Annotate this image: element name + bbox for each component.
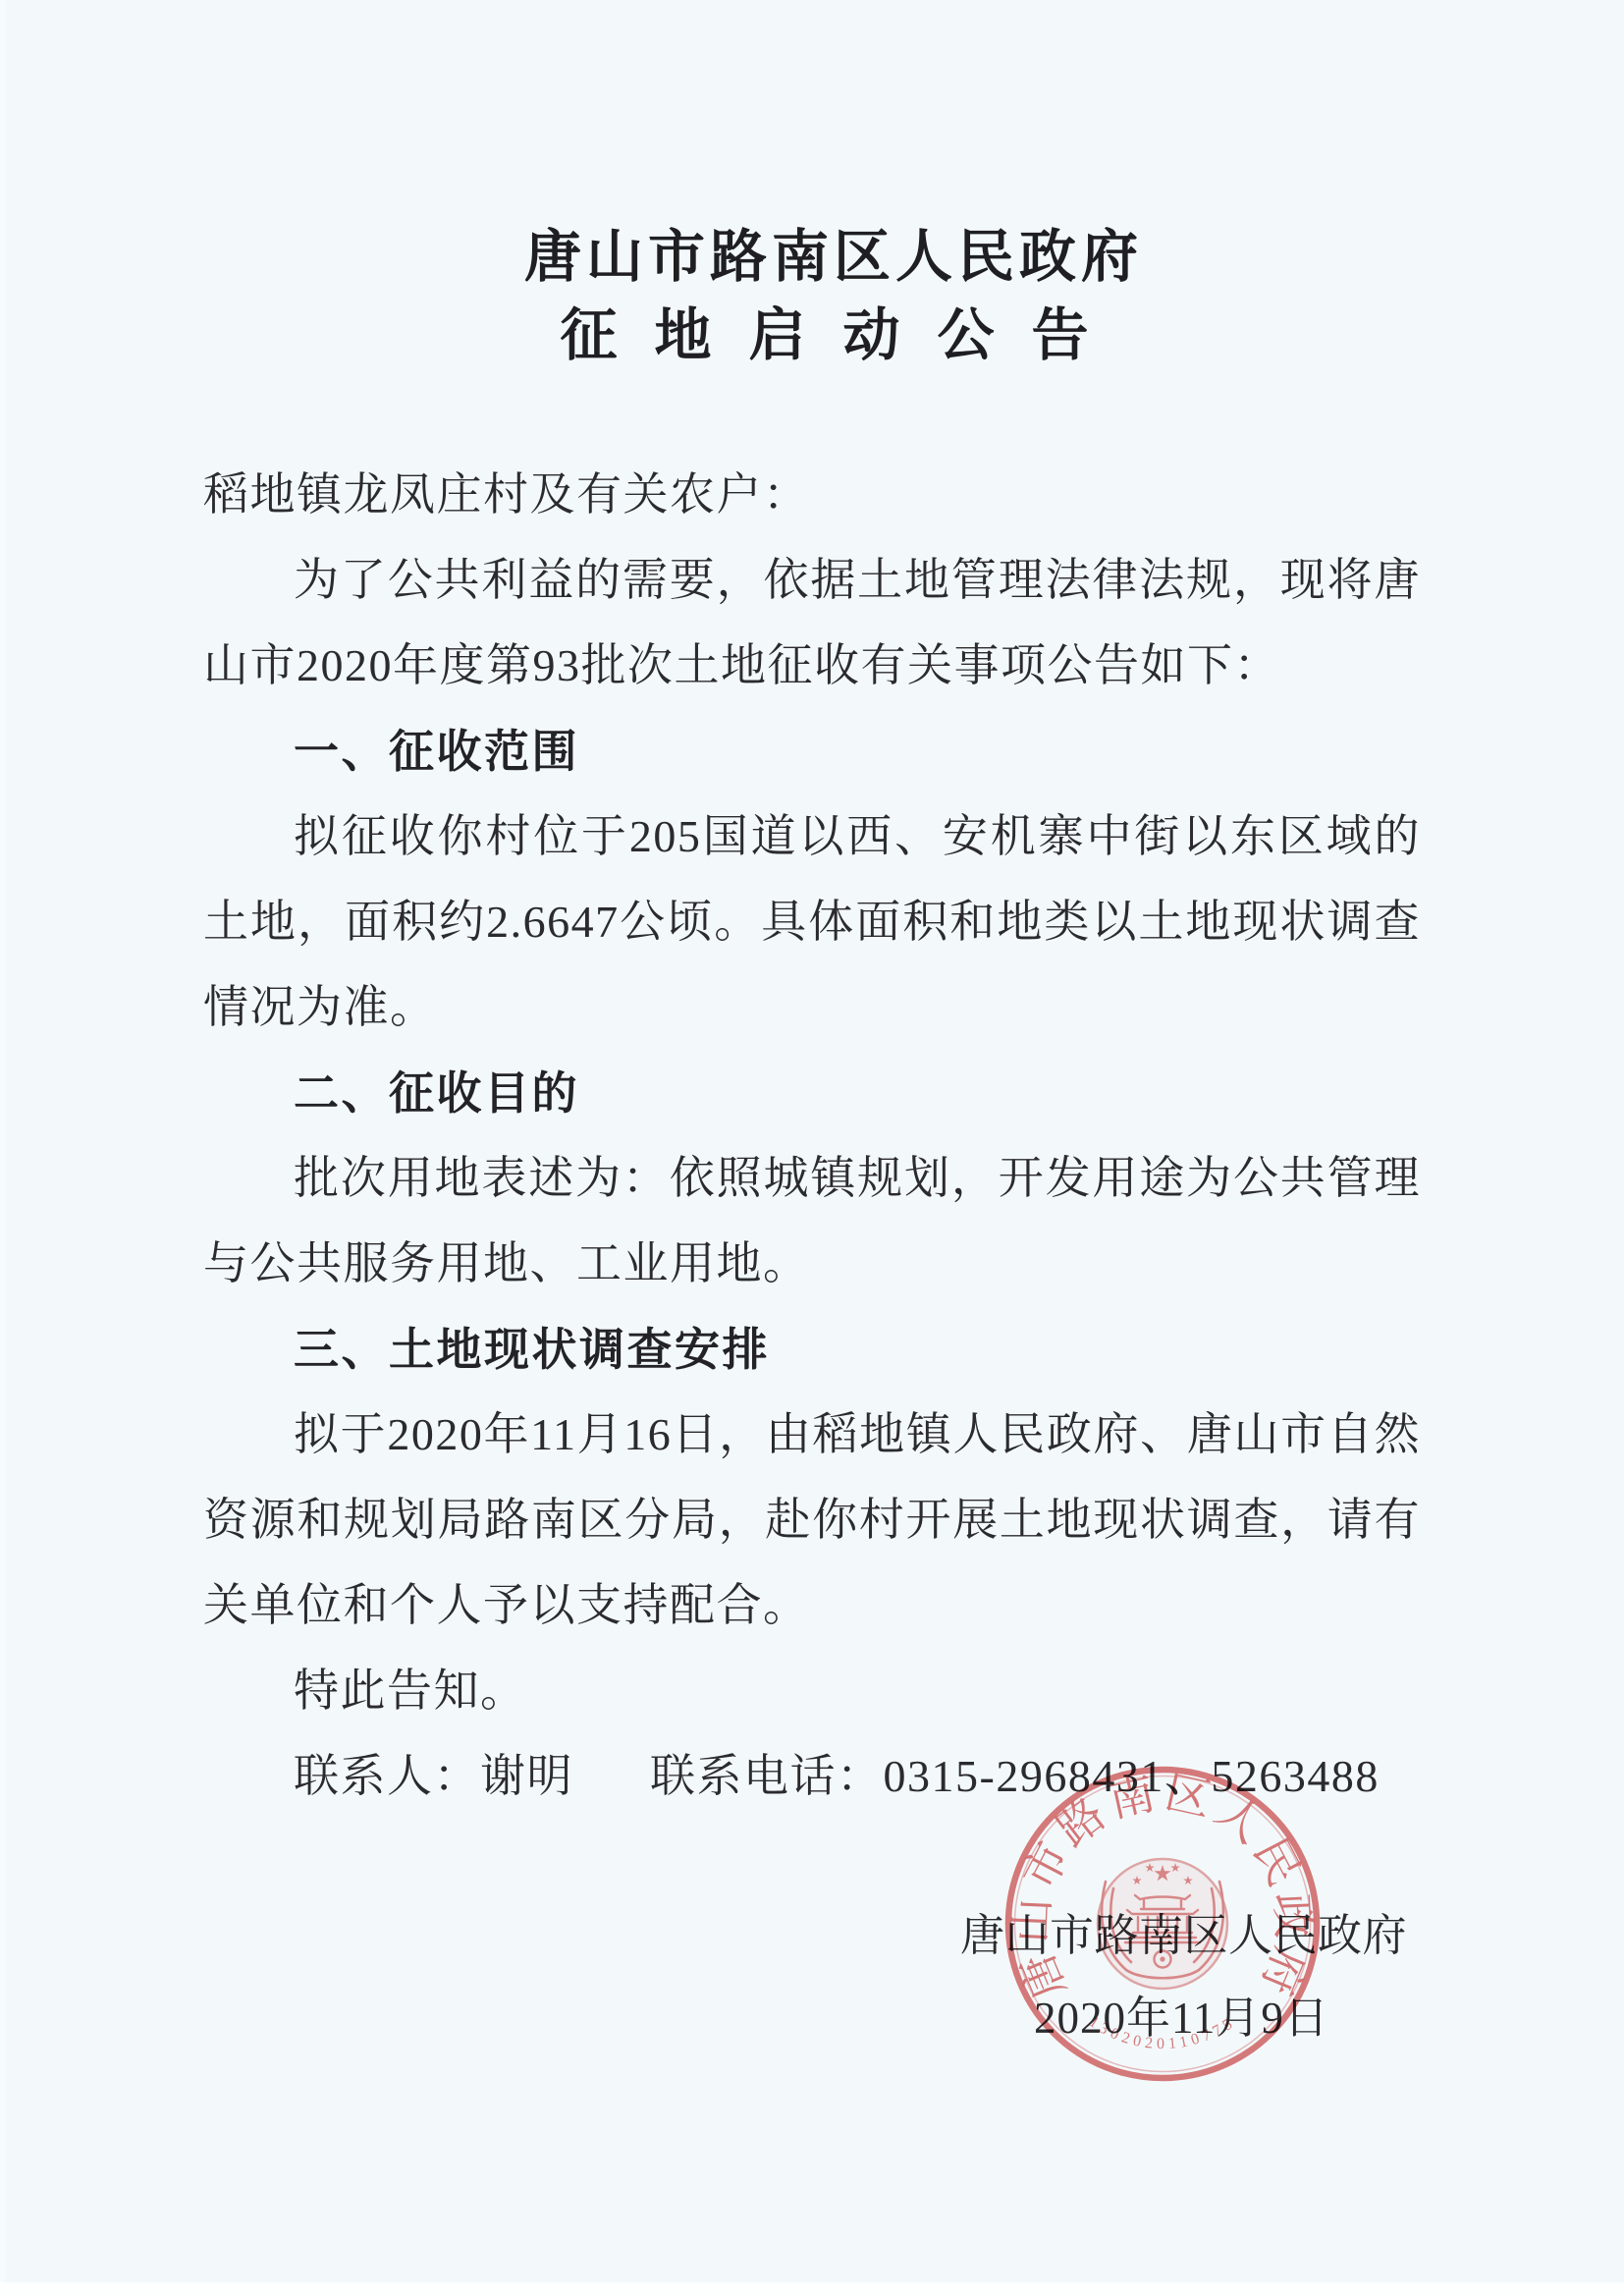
intro-line-2: 山市2020年度第93批次土地征收有关事项公告如下： bbox=[203, 637, 1421, 694]
section-2-line-1: 批次用地表述为：依照城镇规划，开发用途为公共管理 bbox=[203, 1150, 1421, 1207]
contact-person-name: 谢明 bbox=[480, 1751, 573, 1801]
national-emblem-icon bbox=[1098, 1859, 1227, 1989]
section-1-line-3: 情况为准。 bbox=[203, 979, 1421, 1036]
scan-edge-bottom bbox=[0, 2282, 1624, 2296]
section-3-line-2: 资源和规划局路南区分局，赴你村开展土地现状调查，请有 bbox=[203, 1492, 1421, 1549]
section-1-line-2: 土地，面积约2.6647公顷。具体面积和地类以土地现状调查 bbox=[203, 894, 1421, 951]
section-3-heading: 三、土地现状调查安排 bbox=[203, 1321, 1421, 1378]
scan-edge-left bbox=[0, 0, 6, 2296]
announcement-document: 唐山市路南区人民政府 征地启动公告 稻地镇龙凤庄村及有关农户： 为了公共利益的需… bbox=[0, 0, 1624, 2296]
section-2-heading: 二、征收目的 bbox=[203, 1065, 1421, 1121]
salutation: 稻地镇龙凤庄村及有关农户： bbox=[203, 466, 1421, 523]
intro-line-1: 为了公共利益的需要，依据土地管理法律法规，现将唐 bbox=[203, 552, 1421, 609]
section-3-line-1: 拟于2020年11月16日，由稻地镇人民政府、唐山市自然 bbox=[203, 1406, 1421, 1463]
seal-code: 1302020110775 bbox=[1086, 2013, 1239, 2052]
official-seal: 唐山市路南区人民政府 1302020110775 bbox=[1004, 1766, 1321, 2082]
section-3-line-3: 关单位和个人予以支持配合。 bbox=[203, 1577, 1421, 1634]
closing-line: 特此告知。 bbox=[203, 1663, 1421, 1720]
section-1-heading: 一、征收范围 bbox=[203, 723, 1421, 780]
seal-code-holder: 1302020110775 bbox=[1086, 2013, 1239, 2052]
document-title-subject: 征地启动公告 bbox=[43, 289, 1624, 371]
section-1-line-1: 拟征收你村位于205国道以西、安机寨中街以东区域的 bbox=[203, 808, 1421, 865]
document-title-org: 唐山市路南区人民政府 bbox=[43, 210, 1624, 293]
contact-person-label: 联系人： bbox=[294, 1751, 480, 1801]
section-2-line-2: 与公共服务用地、工业用地。 bbox=[203, 1235, 1421, 1292]
contact-phone-label: 联系电话： bbox=[650, 1751, 884, 1801]
